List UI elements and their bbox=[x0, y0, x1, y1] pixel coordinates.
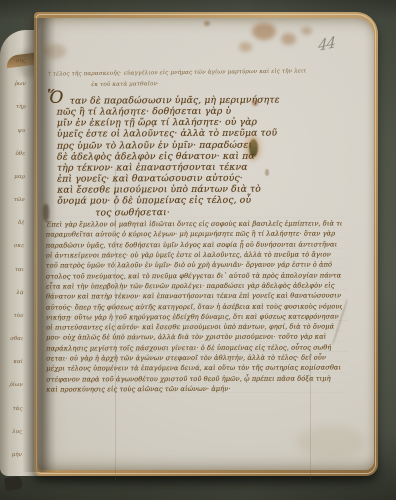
foxing-stain bbox=[239, 42, 252, 52]
verso-frag: μὴν bbox=[12, 452, 22, 458]
manuscript-recto-page: 44 † τέλος τῆς παρασκευῆς· εὐαγγέλιον εἰ… bbox=[38, 18, 374, 470]
foxing-stain bbox=[252, 23, 276, 40]
commentary-line: παραμυθεῖται αὐτοὺς ὁ κύριος λέγων· μὴ μ… bbox=[46, 229, 342, 240]
verso-frag: καὶ bbox=[13, 359, 23, 365]
verso-frag: λος bbox=[12, 429, 22, 435]
gospel-line: τος σωθήσεται· bbox=[57, 206, 315, 219]
rubric-heading: † τέλος τῆς παρασκευῆς· εὐαγγέλιον εἰς μ… bbox=[48, 66, 306, 92]
commentary-line: τοῦ πατρὸς ὑμῶν τὸ λαλοῦν ἐν ὑμῖν· διὸ ο… bbox=[46, 260, 342, 271]
commentary-line: καὶ προσκύνησις εἰς τοὺς αἰῶνας τῶν αἰών… bbox=[46, 383, 342, 394]
gutter-ink-smudge bbox=[43, 204, 49, 221]
gospel-line: ταν δὲ παραδώσωσιν ὑμᾶς, μὴ μεριμνήσητε bbox=[57, 94, 315, 107]
verso-frag: τὴρ bbox=[16, 104, 26, 110]
rubric-line: ἐκ τοῦ κατὰ ματθαῖον· bbox=[48, 78, 306, 92]
foxing-stain bbox=[301, 27, 312, 35]
foxing-stain bbox=[281, 33, 296, 45]
verso-frag: ται bbox=[15, 267, 24, 273]
gospel-line: ὑμεῖς ἐστε οἱ λαλοῦντες· ἀλλὰ τὸ πνεῦμα … bbox=[57, 128, 315, 141]
commentary-text-block: Ἐπεὶ γὰρ ἔμελλον οἱ μαθηταὶ ἰδιῶται ὄντε… bbox=[46, 218, 343, 394]
verso-frag: ψυ bbox=[18, 128, 26, 134]
verso-frag: τὰς bbox=[13, 406, 23, 412]
clasp-remnant bbox=[4, 476, 23, 491]
verso-frag: τὸν bbox=[14, 313, 24, 319]
verso-frag: μαρ bbox=[14, 174, 25, 180]
verso-frag: λὰ bbox=[16, 290, 23, 296]
facing-page-text-fragments: σηςῥωντὴρψυὅθεμαρτῶνδὲσκεταιλὰτὸνσθαικαὶ… bbox=[0, 58, 28, 458]
corner-discoloration bbox=[296, 426, 366, 458]
commentary-line: μου· οὐχ ἁπλῶς δὲ ὑπὸ πάντων, ἀλλὰ διὰ τ… bbox=[46, 332, 342, 343]
verso-frag: ῥίων bbox=[9, 382, 22, 388]
folio-number: 44 bbox=[318, 33, 335, 55]
commentary-line: θάνατον καὶ πατὴρ τέκνον· καὶ ἐπαναστήσο… bbox=[46, 291, 342, 302]
commentary-line: μέχρι τέλους ὑπομένειν τὰ ἐπαγόμενα δειν… bbox=[46, 363, 342, 374]
verso-frag: δὲ bbox=[18, 220, 24, 226]
manuscript-photo: σηςῥωντὴρψυὅθεμαρτῶνδὲσκεταιλὰτὸνσθαικαὶ… bbox=[0, 0, 396, 500]
foxing-stain bbox=[204, 21, 210, 26]
verso-frag: σκε bbox=[14, 243, 24, 249]
verso-frag: τῶν bbox=[14, 197, 25, 203]
gospel-text-block: ταν δὲ παραδώσωσιν ὑμᾶς, μὴ μεριμνήσητεπ… bbox=[57, 94, 316, 218]
verso-frag: σης bbox=[16, 58, 26, 64]
corner-speckle-stain bbox=[44, 44, 66, 59]
verso-frag: ὅθε bbox=[15, 151, 25, 157]
commentary-line: στέφανον παρὰ τοῦ ἀγωνοθέτου χριστοῦ τοῦ… bbox=[46, 373, 342, 384]
verso-frag: ῥων bbox=[15, 81, 26, 87]
verso-frag: σθαι bbox=[10, 336, 23, 342]
